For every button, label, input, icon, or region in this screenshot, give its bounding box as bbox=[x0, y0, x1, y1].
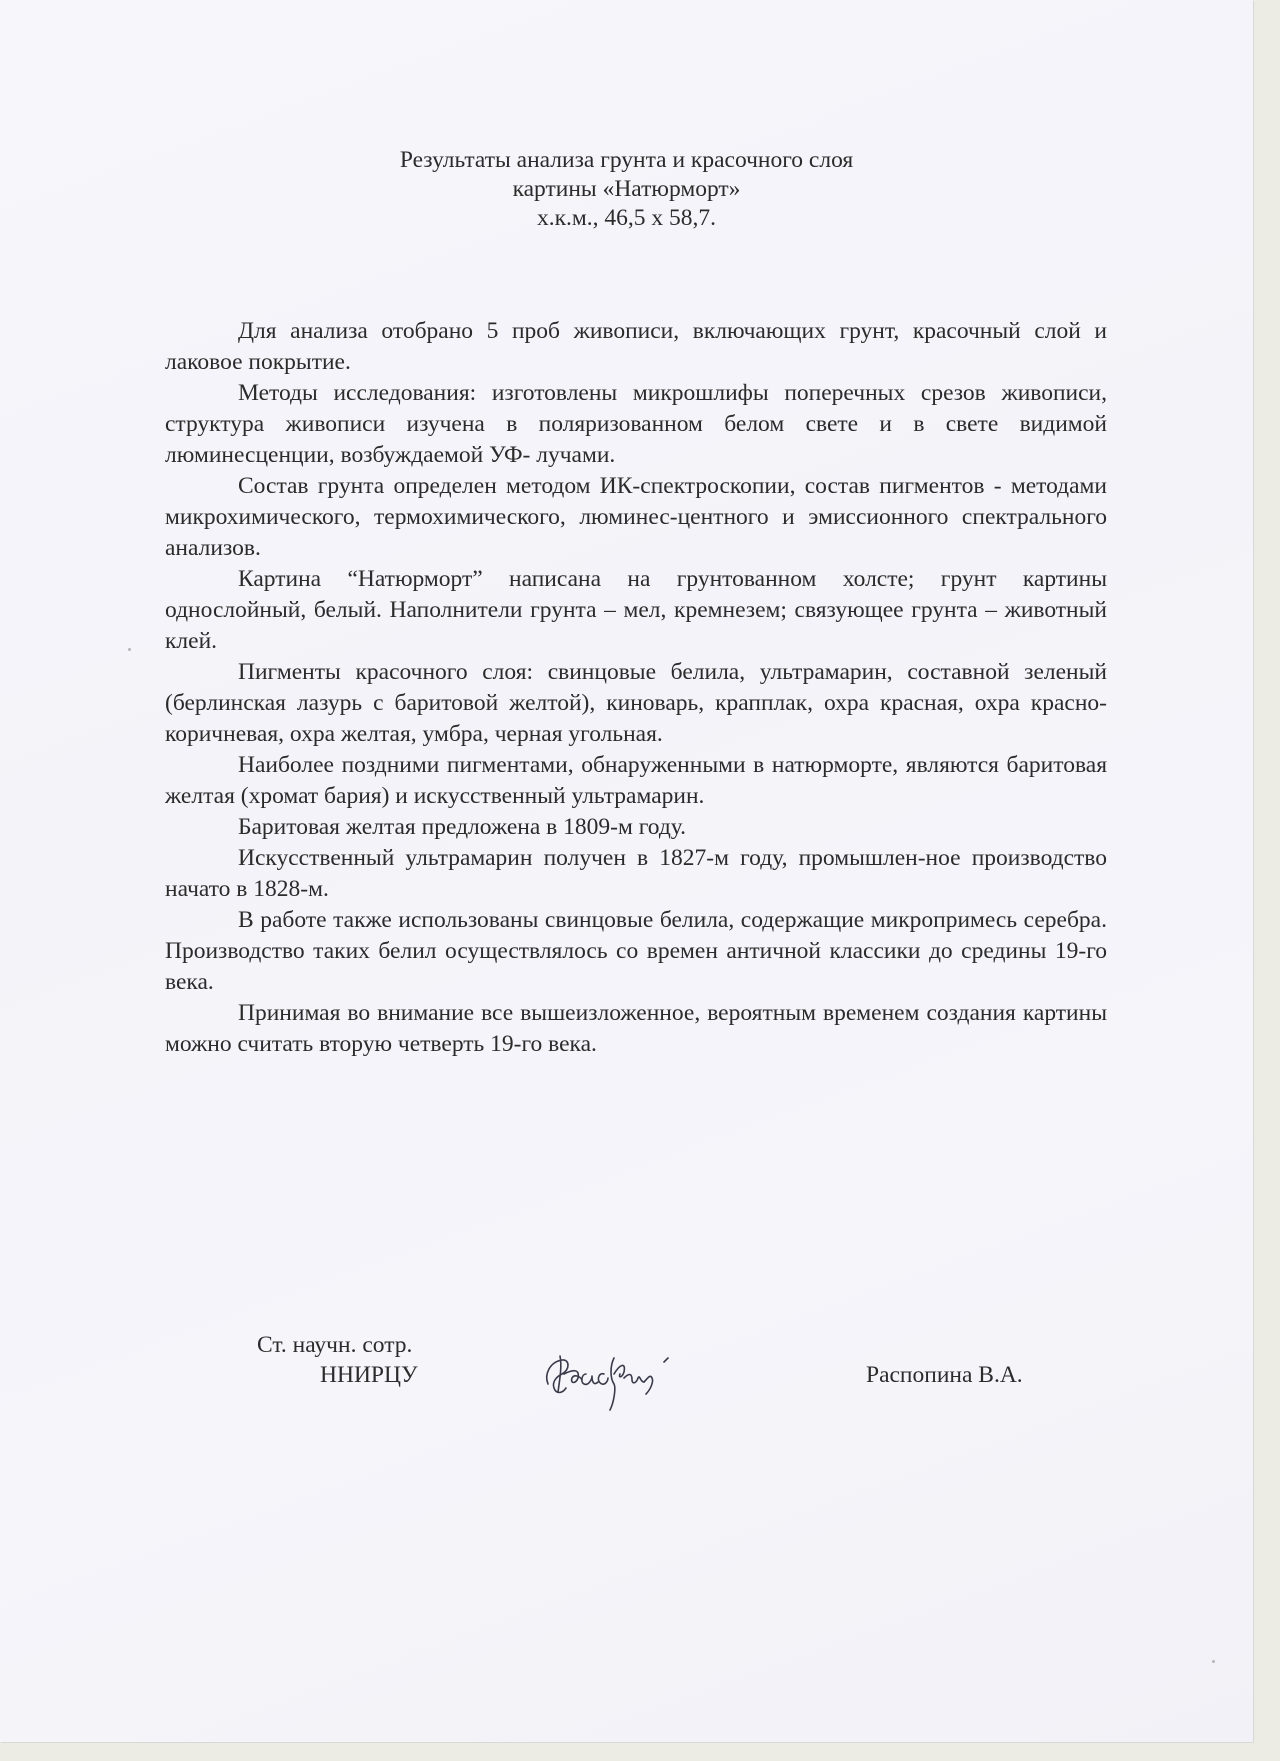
signer-role: Ст. научн. сотр. bbox=[257, 1330, 412, 1360]
paper-speck bbox=[128, 648, 131, 651]
paragraph-lead-white: В работе также использованы свинцовые бе… bbox=[165, 905, 1107, 998]
paragraph-ultramarine: Искусственный ультрамарин получен в 1827… bbox=[165, 843, 1107, 905]
paper-speck bbox=[1212, 1660, 1215, 1663]
paragraph-barite-yellow: Баритовая желтая предложена в 1809-м год… bbox=[165, 812, 1107, 843]
signer-name: Распопина В.А. bbox=[866, 1360, 1023, 1390]
title-line-3: х.к.м., 46,5 х 58,7. bbox=[0, 204, 1253, 233]
title-line-1: Результаты анализа грунта и красочного с… bbox=[0, 146, 1253, 175]
paragraph-canvas: Картина “Натюрморт” написана на грунтова… bbox=[165, 564, 1107, 657]
document-body: Для анализа отобрано 5 проб живописи, вк… bbox=[165, 316, 1107, 1060]
document-page: Результаты анализа грунта и красочного с… bbox=[0, 0, 1253, 1742]
title-line-2: картины «Натюрморт» bbox=[0, 175, 1253, 204]
paragraph-samples: Для анализа отобрано 5 проб живописи, вк… bbox=[165, 316, 1107, 378]
paragraph-conclusion: Принимая во внимание все вышеизложенное,… bbox=[165, 998, 1107, 1060]
signature-block: Ст. научн. сотр. ННИРЦУ Распопина В.А. bbox=[0, 1330, 1253, 1410]
paragraph-methods: Методы исследования: изготовлены микрошл… bbox=[165, 378, 1107, 471]
paragraph-latest-pigments: Наиболее поздними пигментами, обнаруженн… bbox=[165, 750, 1107, 812]
document-title: Результаты анализа грунта и красочного с… bbox=[0, 146, 1253, 233]
paragraph-ground-composition: Состав грунта определен методом ИК-спект… bbox=[165, 471, 1107, 564]
paragraph-pigments: Пигменты красочного слоя: свинцовые бели… bbox=[165, 657, 1107, 750]
handwritten-signature-icon bbox=[540, 1344, 700, 1414]
signer-organization: ННИРЦУ bbox=[320, 1360, 418, 1390]
